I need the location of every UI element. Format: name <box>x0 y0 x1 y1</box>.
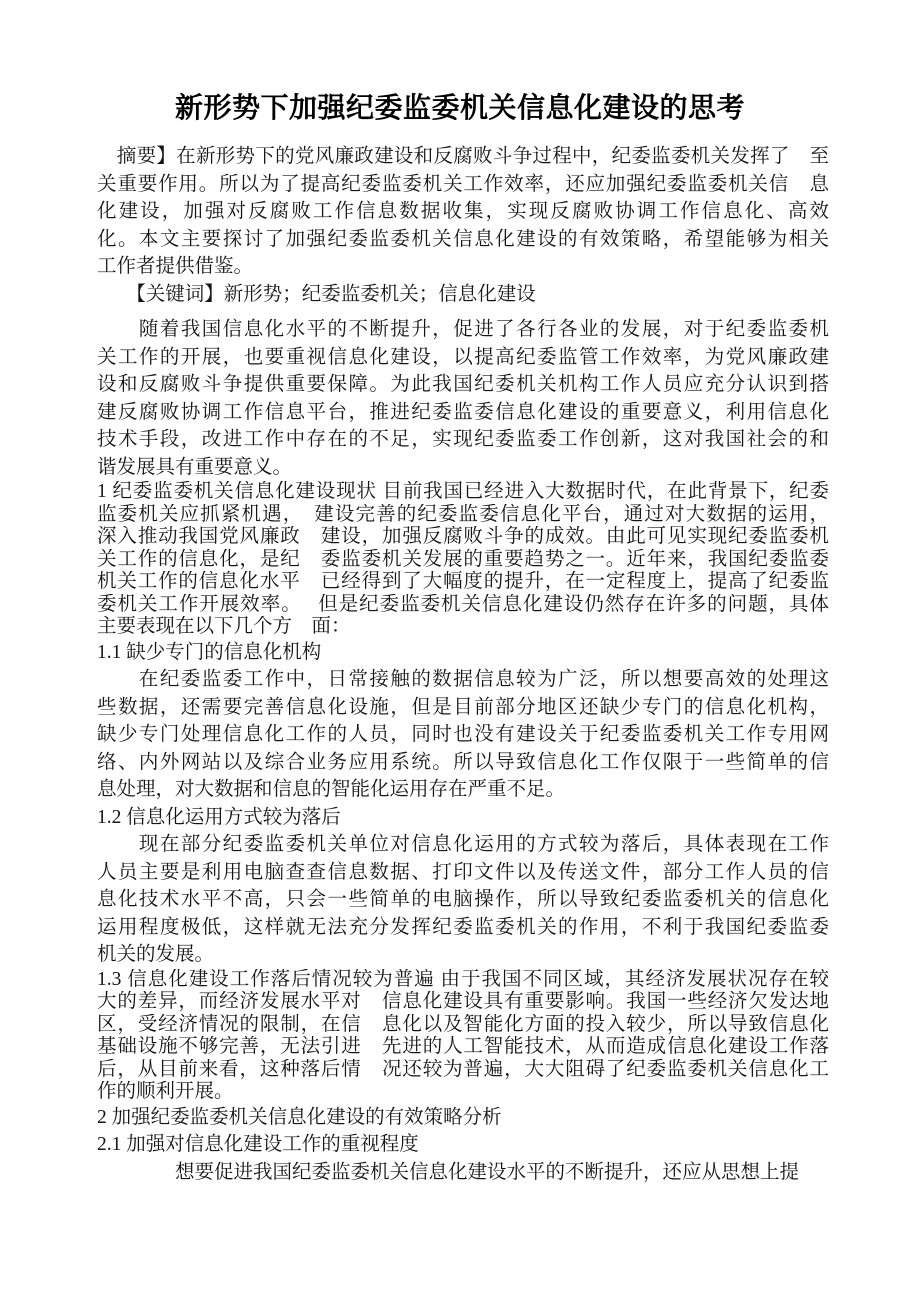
text-line: 随着我国信息化水平的不断提升，促进了各行各业的发展，对于纪委监委机 <box>97 316 829 344</box>
text-line: 2.1 加强对信息化建设工作的重视程度 <box>97 1131 829 1159</box>
text-line: 谐发展具有重要意义。 <box>97 454 829 482</box>
text-line: 息化技术水平不高，只会一些简单的电脑操作，所以导致纪委监委机关的信息化 <box>97 886 829 914</box>
paragraph: 想要促进我国纪委监委机关信息化建设水平的不断提升，还应从思想上提 <box>97 1159 829 1187</box>
text-line: 工作者提供借鉴。 <box>97 253 829 281</box>
text-line: 现在部分纪委监委机关单位对信息化运用的方式较为落后，具体表现在工作 <box>97 831 829 859</box>
text-line: 设和反腐败斗争提供重要保障。为此我国纪委机关机构工作人员应充分认识到搭 <box>97 371 829 399</box>
paragraph: 2.1 加强对信息化建设工作的重视程度 <box>97 1131 829 1159</box>
text-line: 想要促进我国纪委监委机关信息化建设水平的不断提升，还应从思想上提 <box>97 1159 829 1187</box>
text-line: 机关工作的信息化水平 已经得到了大幅度的提升，在一定程度上，提高了纪委监 <box>97 571 829 594</box>
paragraph: 1 纪委监委机关信息化建设现状 目前我国已经进入大数据时代，在此背景下，纪委监委… <box>97 481 829 639</box>
text-line: 人员主要是利用电脑查查信息数据、打印文件以及传送文件，部分工作人员的信 <box>97 859 829 887</box>
document-body: 摘要】在新形势下的党风廉政建设和反腐败斗争过程中，纪委监委机关发挥了 至关重要作… <box>97 143 829 1186</box>
text-line: 1.3 信息化建设工作落后情况较为普遍 由于我国不同区域，其经济发展状况存在较 <box>97 969 829 992</box>
paragraph: 摘要】在新形势下的党风廉政建设和反腐败斗争过程中，纪委监委机关发挥了 至关重要作… <box>97 143 829 281</box>
text-line: 1 纪委监委机关信息化建设现状 目前我国已经进入大数据时代，在此背景下，纪委 <box>97 481 829 504</box>
text-line: 运用程度极低，这样就无法充分发挥纪委监委机关的作用，不利于我国纪委监委 <box>97 914 829 942</box>
document-title: 新形势下加强纪委监委机关信息化建设的思考 <box>0 86 920 126</box>
paragraph: 1.1 缺少专门的信息化机构 <box>97 639 829 667</box>
text-line: 技术手段，改进工作中存在的不足，实现纪委监委工作创新，这对我国社会的和 <box>97 426 829 454</box>
text-line: 在纪委监委工作中，日常接触的数据信息较为广泛，所以想要高效的处理这 <box>97 666 829 694</box>
text-line: 2 加强纪委监委机关信息化建设的有效策略分析 <box>97 1104 829 1132</box>
text-line: 区，受经济情况的限制，在信 息化以及智能化方面的投入较少，所以导致信息化 <box>97 1014 829 1037</box>
text-line: 【关键词】新形势；纪委监委机关；信息化建设 <box>97 281 829 309</box>
document-page: 新形势下加强纪委监委机关信息化建设的思考 摘要】在新形势下的党风廉政建设和反腐败… <box>0 0 920 1302</box>
text-line: 化。本文主要探讨了加强纪委监委机关信息化建设的有效策略，希望能够为相关 <box>97 226 829 254</box>
text-line: 化建设，加强对反腐败工作信息数据收集，实现反腐败协调工作信息化、高效 <box>97 198 829 226</box>
text-line: 1.1 缺少专门的信息化机构 <box>97 639 829 667</box>
text-line: 建反腐败协调工作信息平台，推进纪委监委信息化建设的重要意义，利用信息化 <box>97 399 829 427</box>
paragraph: 随着我国信息化水平的不断提升，促进了各行各业的发展，对于纪委监委机关工作的开展，… <box>97 316 829 481</box>
text-line: 摘要】在新形势下的党风廉政建设和反腐败斗争过程中，纪委监委机关发挥了 至 <box>97 143 829 171</box>
text-line: 络、内外网站以及综合业务应用系统。所以导致信息化工作仅限于一些简单的信 <box>97 749 829 777</box>
paragraph: 2 加强纪委监委机关信息化建设的有效策略分析 <box>97 1104 829 1132</box>
text-line: 息处理，对大数据和信息的智能化运用存在严重不足。 <box>97 776 829 804</box>
text-line: 监委机关应抓紧机遇， 建设完善的纪委监委信息化平台，通过对大数据的运用， <box>97 504 829 527</box>
text-line: 1.2 信息化运用方式较为落后 <box>97 804 829 832</box>
paragraph: 【关键词】新形势；纪委监委机关；信息化建设 <box>97 281 829 309</box>
text-line: 缺少专门处理信息化工作的人员，同时也没有建设关于纪委监委机关工作专用网 <box>97 721 829 749</box>
paragraph: 1.2 信息化运用方式较为落后 <box>97 804 829 832</box>
text-line: 大的差异，而经济发展水平对 信息化建设具有重要影响。我国一些经济欠发达地 <box>97 991 829 1014</box>
text-line: 作的顺利开展。 <box>97 1081 829 1104</box>
paragraph: 现在部分纪委监委机关单位对信息化运用的方式较为落后，具体表现在工作人员主要是利用… <box>97 831 829 969</box>
text-line: 主要表现在以下几个方 面： <box>97 616 829 639</box>
text-line: 机关的发展。 <box>97 941 829 969</box>
paragraph: 在纪委监委工作中，日常接触的数据信息较为广泛，所以想要高效的处理这些数据，还需要… <box>97 666 829 804</box>
text-line: 后，从目前来看，这种落后情 况还较为普遍，大大阻碍了纪委监委机关信息化工 <box>97 1059 829 1082</box>
text-line: 关工作的信息化，是纪 委监委机关发展的重要趋势之一。近年来，我国纪委监委 <box>97 549 829 572</box>
text-line: 委机关工作开展效率。 但是纪委监委机关信息化建设仍然存在许多的问题，具体 <box>97 594 829 617</box>
text-line: 深入推动我国党风廉政 建设，加强反腐败斗争的成效。由此可见实现纪委监委机 <box>97 526 829 549</box>
text-line: 基础设施不够完善，无法引进 先进的人工智能技术，从而造成信息化建设工作落 <box>97 1036 829 1059</box>
text-line: 关工作的开展，也要重视信息化建设，以提高纪委监管工作效率，为党风廉政建 <box>97 344 829 372</box>
paragraph: 1.3 信息化建设工作落后情况较为普遍 由于我国不同区域，其经济发展状况存在较大… <box>97 969 829 1104</box>
text-line: 些数据，还需要完善信息化设施，但是目前部分地区还缺少专门的信息化机构， <box>97 694 829 722</box>
text-line: 关重要作用。所以为了提高纪委监委机关工作效率，还应加强纪委监委机关信 息 <box>97 171 829 199</box>
